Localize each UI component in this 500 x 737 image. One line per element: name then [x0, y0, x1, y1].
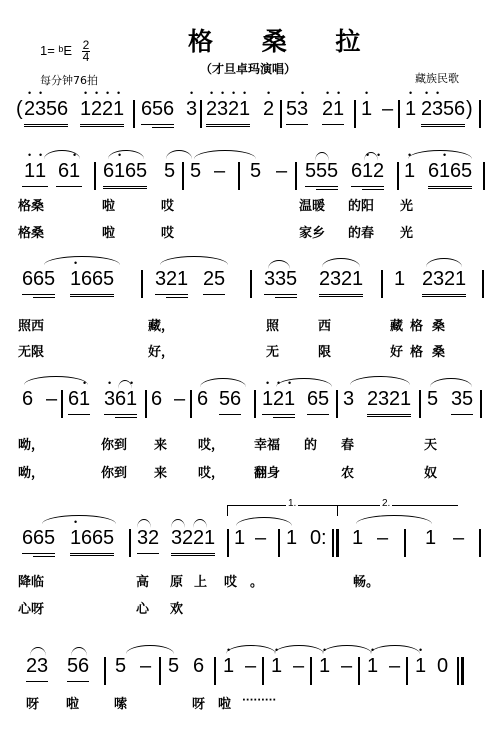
lyric: 光 [400, 195, 413, 214]
time-denominator: 4 [83, 50, 90, 64]
beam [451, 414, 473, 415]
note-high-octave: 1 [271, 655, 282, 678]
note: 5 [462, 388, 473, 411]
key-signature: 1= ᵇE 2 4 [40, 40, 90, 63]
lyric: 奴 [424, 462, 437, 481]
slur [268, 260, 290, 269]
note: 6 [81, 527, 92, 550]
lyric: 温暖 [299, 195, 325, 214]
repeat-end-barline-thick [336, 529, 339, 557]
barline [406, 657, 408, 685]
note: 3 [378, 388, 389, 411]
note: 5 [44, 527, 55, 550]
note-high-octave: 1 [404, 160, 415, 183]
note-high-octave: 3 [297, 98, 308, 121]
note: 6 [151, 388, 162, 411]
note: 1 [286, 527, 297, 550]
repeat-end-barline-thin [332, 529, 334, 557]
note-high-octave: 1 [223, 655, 234, 678]
note: 5 [136, 160, 147, 183]
genre-label: 藏族民歌 [415, 70, 459, 86]
note: 6 [307, 388, 318, 411]
note: 5 [250, 160, 261, 183]
barline [336, 390, 338, 418]
lyric: 哎， [198, 434, 224, 453]
note: 6 [22, 268, 33, 291]
note: 1 [177, 268, 188, 291]
slur [315, 152, 329, 161]
beam [141, 124, 174, 125]
note: 2 [319, 268, 330, 291]
slur [30, 647, 46, 656]
barline [200, 100, 202, 128]
lyric: 原 [170, 571, 183, 590]
score-line-6: 23565–561–1–1–1–10 [0, 655, 500, 695]
note: 1 [352, 527, 363, 550]
lyric: 好 [390, 341, 403, 360]
note: 6 [22, 388, 33, 411]
slur [166, 150, 192, 159]
lyric: 啦 [102, 195, 115, 214]
note-extension: – [293, 655, 304, 678]
barline [358, 657, 360, 685]
note: ) [466, 98, 473, 121]
note: 3 [330, 268, 341, 291]
lyric: 嗦 [114, 693, 127, 712]
note: 6 [454, 98, 465, 121]
note: 1 [455, 268, 466, 291]
lyric: 你到 [101, 434, 127, 453]
beam [115, 417, 137, 418]
lyric: 高 [136, 571, 149, 590]
barline [141, 270, 143, 298]
note: 5 [103, 268, 114, 291]
note: 5 [115, 655, 126, 678]
note: 3 [37, 655, 48, 678]
beam [262, 414, 295, 415]
note: 1 [400, 388, 411, 411]
beam [206, 124, 250, 127]
final-barline-thin [457, 657, 459, 685]
lyric: 的春 [348, 222, 374, 241]
note: 2 [182, 527, 193, 550]
slur [24, 376, 88, 385]
lyric: 格桑 [18, 195, 44, 214]
lyric: 呀 [26, 693, 39, 712]
note: 6 [197, 388, 208, 411]
barline [254, 390, 256, 418]
slur [193, 519, 207, 528]
note: 5 [316, 160, 327, 183]
note-high-octave: 1 [79, 388, 90, 411]
slur [274, 645, 324, 654]
lyric: 哎 [224, 571, 237, 590]
note: 2 [367, 388, 378, 411]
lyric: 农 [341, 462, 354, 481]
slur [108, 150, 144, 159]
note: 5 [286, 98, 297, 121]
note-extension: – [214, 160, 225, 183]
lyric: 限 [318, 341, 331, 360]
lyric: 来 [154, 462, 167, 481]
beam [22, 553, 55, 554]
barline [61, 390, 63, 418]
slur [137, 519, 151, 528]
barline [94, 162, 96, 190]
note: 5 [190, 160, 201, 183]
beam [319, 294, 363, 297]
lyric: 西 [318, 315, 331, 334]
beam [166, 297, 188, 298]
note: 1 [394, 268, 405, 291]
note-high-octave: 2 [24, 98, 35, 121]
slur [430, 378, 472, 387]
note: 6 [58, 160, 69, 183]
note-high-octave: 1 [415, 655, 426, 678]
note: 3 [171, 527, 182, 550]
note: 6 [81, 268, 92, 291]
lyric: 哎， [198, 462, 224, 481]
barline [397, 162, 399, 190]
lyric: 格 [410, 341, 423, 360]
note: 6 [78, 655, 89, 678]
note-high-octave: 3 [104, 388, 115, 411]
beam [137, 553, 159, 554]
barline [104, 657, 106, 685]
note-high-octave: 3 [432, 98, 443, 121]
slur [171, 519, 185, 528]
lyric: 的 [304, 434, 317, 453]
lyric: 呦， [18, 434, 44, 453]
note: 6 [125, 160, 136, 183]
note-extension: – [453, 527, 464, 550]
slur [194, 150, 256, 159]
barline [145, 390, 147, 418]
lyric: 幸福 [254, 434, 280, 453]
note-high-octave: 2 [421, 98, 432, 121]
key-label: 1= ᵇE [40, 43, 72, 58]
beam [33, 556, 55, 557]
lyric: 呦， [18, 462, 44, 481]
barline [310, 657, 312, 685]
beam [24, 124, 68, 127]
note-high-octave: 1 [80, 98, 91, 121]
barline [480, 390, 482, 418]
lyric: 上 [194, 571, 207, 590]
slur [370, 645, 420, 654]
barline [419, 390, 421, 418]
beam [307, 414, 329, 415]
lyric: 啦 [102, 222, 115, 241]
note: 5 [103, 527, 114, 550]
beam [273, 417, 295, 418]
note: 5 [219, 388, 230, 411]
lyric: 藏 [390, 315, 403, 334]
note: 1 [352, 268, 363, 291]
lyric: 心呀 [18, 598, 44, 617]
lyric: 。 [250, 571, 263, 590]
barline [159, 657, 161, 685]
note: 6 [115, 388, 126, 411]
note: 2 [166, 268, 177, 291]
note-extension: – [382, 98, 393, 121]
note: 6 [92, 527, 103, 550]
lyric: 啦 [218, 693, 231, 712]
note-extension: – [255, 527, 266, 550]
note: 3 [433, 268, 444, 291]
lyric: 桑 [432, 341, 445, 360]
note-high-octave: 2 [322, 98, 333, 121]
note-high-octave: 1 [362, 160, 373, 183]
lyric: 翻身 [254, 462, 280, 481]
note: 6 [351, 160, 362, 183]
slur [322, 258, 360, 267]
note: 6 [428, 160, 439, 183]
beam [104, 414, 137, 415]
note: 6 [163, 98, 174, 121]
beam [155, 294, 188, 295]
beam [422, 294, 466, 297]
beam [103, 186, 147, 189]
barline [398, 100, 400, 128]
beam [305, 186, 338, 187]
lyric: 啦 [66, 693, 79, 712]
lyric: 天 [424, 434, 437, 453]
slur [126, 645, 174, 654]
note: 3 [451, 388, 462, 411]
beam [22, 294, 55, 295]
note-high-octave: 1 [114, 160, 125, 183]
beam [219, 414, 241, 415]
barline [214, 657, 216, 685]
barline [133, 100, 135, 128]
final-barline-thick [461, 657, 464, 685]
note: 6 [68, 388, 79, 411]
lyric: ········· [242, 695, 276, 706]
lyric: 呀 [192, 693, 205, 712]
note: 5 [327, 160, 338, 183]
lyric: 照 [266, 315, 279, 334]
barline [404, 529, 406, 557]
barline [479, 100, 481, 128]
beam [22, 186, 48, 187]
note-high-octave: 3 [35, 98, 46, 121]
note-extension: – [46, 388, 57, 411]
note: 6 [141, 98, 152, 121]
lyric: 欢 [170, 598, 183, 617]
slur [42, 515, 116, 524]
barline [238, 162, 240, 190]
score-line-1: (2356122165632321253211–12356) [0, 98, 500, 138]
volta-label: 1. [286, 498, 298, 509]
slur [408, 150, 472, 159]
note: 2 [341, 268, 352, 291]
note: 3 [137, 527, 148, 550]
note-high-octave: 1 [319, 655, 330, 678]
note: 3 [264, 268, 275, 291]
lyric: 格 [410, 315, 423, 334]
note-high-octave: 1 [126, 388, 137, 411]
beam [33, 297, 55, 298]
lyric: 照西 [18, 315, 44, 334]
note-high-octave: 2 [273, 388, 284, 411]
note-high-octave: 1 [333, 98, 344, 121]
beam [264, 294, 297, 295]
lyric: 畅。 [353, 571, 379, 590]
lyric: 无限 [18, 341, 44, 360]
note-high-octave: 1 [262, 388, 273, 411]
note: 5 [214, 268, 225, 291]
score-line-4: 6–613616–6561216532321535 [0, 388, 500, 428]
lyric: 哎 [161, 195, 174, 214]
beam [67, 681, 89, 682]
note: 1 [204, 527, 215, 550]
note-extension: – [341, 655, 352, 678]
volta-label: 2. [380, 498, 392, 509]
note: 2 [203, 268, 214, 291]
note: 1 [234, 527, 245, 550]
note: 2 [193, 527, 204, 550]
note: 6 [22, 527, 33, 550]
note-high-octave: 1 [367, 655, 378, 678]
beam [56, 186, 82, 187]
barline [182, 162, 184, 190]
note: 6 [103, 160, 114, 183]
lyric: 好， [148, 341, 174, 360]
note: ( [16, 98, 23, 121]
barline [250, 270, 252, 298]
lyric: 降临 [18, 571, 44, 590]
note: 3 [275, 268, 286, 291]
beam [68, 414, 90, 415]
note-high-octave: 2 [91, 98, 102, 121]
beam [80, 124, 124, 127]
beam [152, 127, 174, 128]
lyric: 你到 [101, 462, 127, 481]
barline [354, 100, 356, 128]
note-extension: – [389, 655, 400, 678]
lyric: 哎 [161, 222, 174, 241]
note: 6 [193, 655, 204, 678]
lyric: 家乡 [299, 222, 325, 241]
barline [262, 657, 264, 685]
beam [421, 124, 465, 127]
beam [362, 189, 384, 190]
song-title: 格 桑 拉 [188, 22, 380, 58]
note: 6 [230, 388, 241, 411]
barline [190, 390, 192, 418]
note: 3 [343, 388, 354, 411]
note-high-octave: 1 [239, 98, 250, 121]
note: 3 [155, 268, 166, 291]
slur [364, 152, 378, 161]
note-extension: – [174, 388, 185, 411]
note: 6 [33, 268, 44, 291]
beam [316, 189, 338, 190]
lyric: 无 [266, 341, 279, 360]
note: 2 [389, 388, 400, 411]
lyric: 藏， [148, 315, 174, 334]
lyric: 桑 [432, 315, 445, 334]
beam [322, 124, 344, 125]
note: 5 [152, 98, 163, 121]
note: 2 [422, 268, 433, 291]
note-high-octave: 1 [361, 98, 372, 121]
note-extension: – [245, 655, 256, 678]
lyric: 的阳 [348, 195, 374, 214]
barline [278, 529, 280, 557]
note: 6 [57, 98, 68, 121]
note-high-octave: 2 [228, 98, 239, 121]
note-high-octave: 2 [373, 160, 384, 183]
note-extension: – [140, 655, 151, 678]
tempo-marking: 每分钟76拍 [40, 72, 98, 88]
note: 2 [148, 527, 159, 550]
note-extension: – [377, 527, 388, 550]
note-high-octave: 1 [35, 160, 46, 183]
note: 5 [44, 268, 55, 291]
lyric: 光 [400, 222, 413, 241]
performer-credit: （才旦卓玛演唱） [200, 60, 296, 77]
note-high-octave: 1 [439, 160, 450, 183]
barline [482, 270, 484, 298]
lyric: 春 [341, 434, 354, 453]
slur [226, 645, 276, 654]
note: 5 [305, 160, 316, 183]
note-high-octave: 1 [70, 268, 81, 291]
barline [295, 162, 297, 190]
note: 5 [286, 268, 297, 291]
note: 6 [92, 268, 103, 291]
slur [236, 517, 292, 526]
note: 1 [425, 527, 436, 550]
beam [26, 681, 48, 682]
note: : [321, 527, 327, 550]
note-high-octave: 1 [69, 160, 80, 183]
beam [70, 294, 114, 297]
note-high-octave: 1 [113, 98, 124, 121]
note: 2 [26, 655, 37, 678]
beam [286, 124, 308, 125]
note-high-octave: 3 [217, 98, 228, 121]
score-line-3: 665166532125335232112321 [0, 268, 500, 308]
note: 2 [444, 268, 455, 291]
time-signature: 2 4 [82, 40, 91, 63]
note-extension: – [276, 160, 287, 183]
lyric: 格桑 [18, 222, 44, 241]
note: 5 [461, 160, 472, 183]
note-high-octave: 3 [186, 98, 197, 121]
slur [426, 258, 462, 267]
slur [276, 378, 332, 387]
beam [203, 294, 225, 295]
note-high-octave: 1 [405, 98, 416, 121]
score-line-5: 66516653232211–10:1–1– [0, 527, 500, 567]
note: 5 [427, 388, 438, 411]
volta-bracket-1: 1. [227, 505, 338, 516]
note: 5 [67, 655, 78, 678]
beam [351, 186, 384, 187]
note: 5 [443, 98, 454, 121]
lyric: 来 [154, 434, 167, 453]
note: 5 [46, 98, 57, 121]
barline [280, 100, 282, 128]
beam [428, 186, 472, 189]
slur [71, 647, 87, 656]
beam [367, 414, 411, 417]
barline [381, 270, 383, 298]
note: 5 [318, 388, 329, 411]
